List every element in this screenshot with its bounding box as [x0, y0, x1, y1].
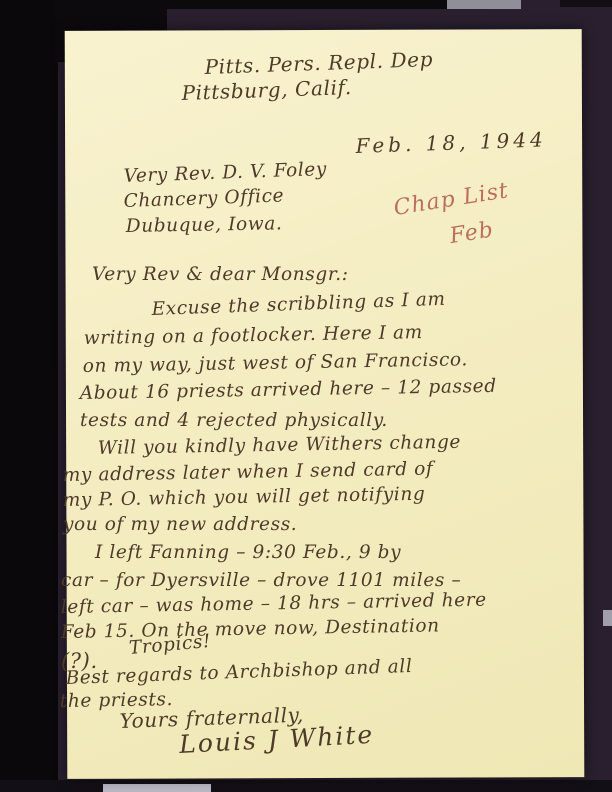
body-line: I left Fanning – 9:30 Feb., 9 by	[95, 542, 401, 563]
body-line: tests and 4 rejected physically.	[80, 410, 388, 431]
scan-artifact-top-grey-patch	[447, 0, 521, 9]
scan-artifact-top-strip	[160, 0, 452, 9]
scan-artifact-bottom-grey-patch	[103, 784, 211, 792]
recipient-city: Dubuque, Iowa.	[126, 213, 283, 237]
body-line: you of my new address.	[63, 514, 297, 535]
salutation: Very Rev & dear Monsgr.:	[92, 264, 349, 285]
scan-artifact-topright-strip	[560, 0, 612, 7]
scanned-letter-page: Pitts. Pers. Repl. Dep Pittsburg, Calif.…	[0, 0, 612, 792]
scan-artifact-right-tab	[603, 610, 612, 626]
scan-artifact-bottom-strip	[0, 780, 612, 792]
body-line: car – for Dyersville – drove 1101 miles …	[61, 570, 461, 591]
scan-artifact-left-strip	[0, 0, 58, 792]
